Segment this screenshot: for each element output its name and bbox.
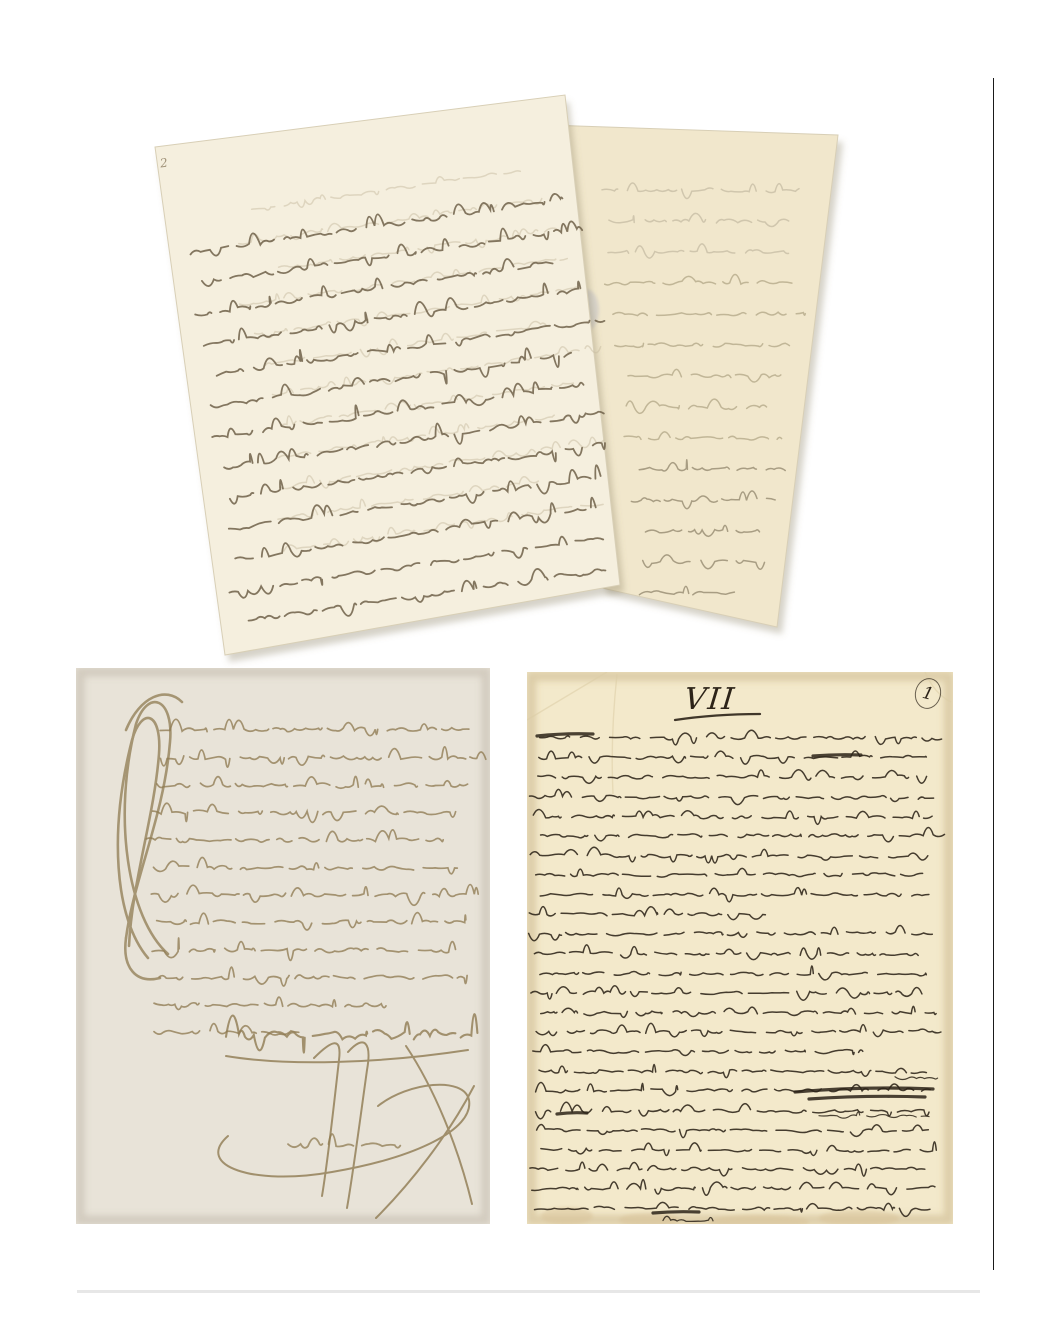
manuscript-paper (527, 672, 953, 1224)
front-letter-sheet (155, 95, 620, 655)
catalog-page: 2 (0, 0, 1040, 1338)
letters-artwork (150, 88, 850, 668)
letters-photograph: 2 (150, 88, 850, 668)
navarre-artwork (76, 668, 490, 1224)
vertical-rule (993, 78, 994, 1270)
navarre-document-photograph (76, 668, 490, 1224)
page-annotation: 2 (159, 156, 169, 171)
manuscript-photograph: VII 1 (527, 672, 953, 1224)
manuscript-artwork (527, 672, 953, 1224)
bottom-rule (77, 1290, 980, 1293)
chapter-heading: VII (671, 682, 749, 717)
